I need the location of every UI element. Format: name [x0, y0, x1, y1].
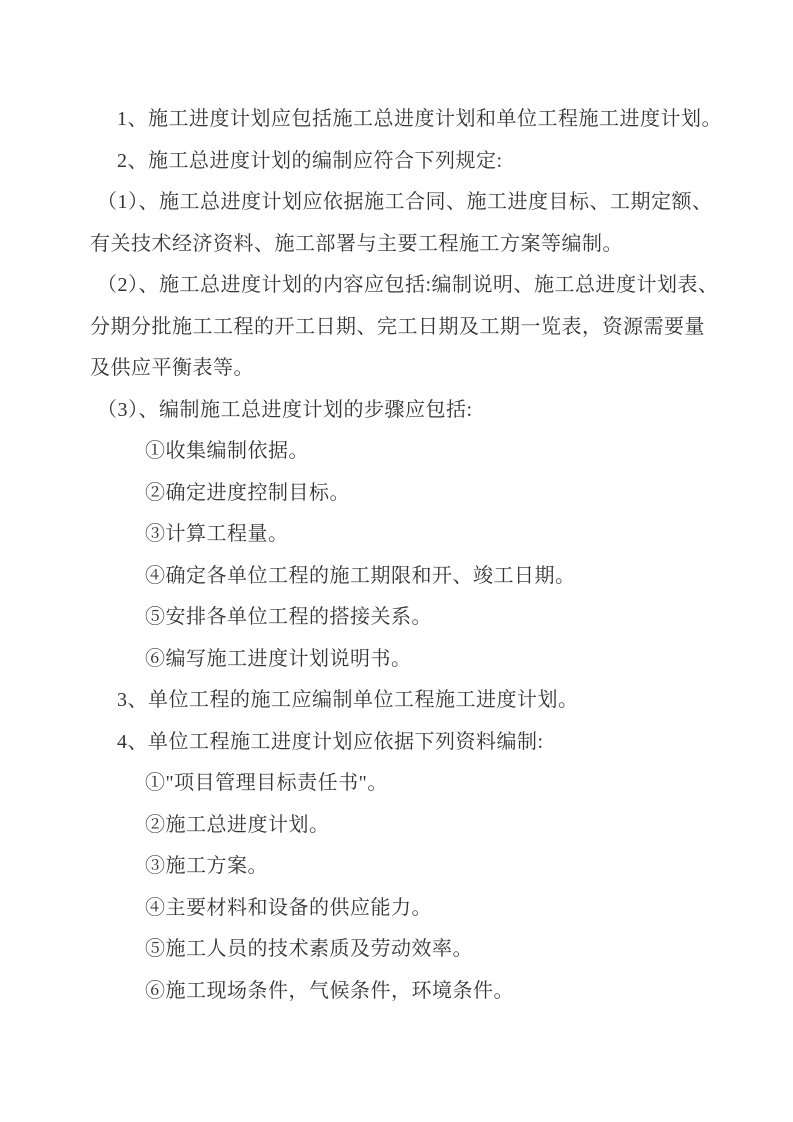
text-line: （3）、编制施工总进度计划的步骤应包括:: [90, 390, 715, 432]
text-line: ④确定各单位工程的施工期限和开、竣工日期。: [90, 556, 715, 598]
text-line: ④主要材料和设备的供应能力。: [90, 888, 715, 930]
text-line: （1）、施工总进度计划应依据施工合同、施工进度目标、工期定额、: [90, 182, 715, 224]
text-line: 1、施工进度计划应包括施工总进度计划和单位工程施工进度计划。: [90, 99, 715, 141]
text-line: ①收集编制依据。: [90, 431, 715, 473]
text-line: 有关技术经济资料、施工部署与主要工程施工方案等编制。: [90, 224, 715, 266]
document-page: 1、施工进度计划应包括施工总进度计划和单位工程施工进度计划。 2、施工总进度计划…: [0, 0, 793, 1122]
text-line: ⑥编写施工进度计划说明书。: [90, 639, 715, 681]
text-line: ③施工方案。: [90, 846, 715, 888]
text-line: ⑥施工现场条件，气候条件，环境条件。: [90, 971, 715, 1013]
text-line: 及供应平衡表等。: [90, 348, 715, 390]
text-line: 4、单位工程施工进度计划应依据下列资料编制:: [90, 722, 715, 764]
text-line: ②确定进度控制目标。: [90, 473, 715, 515]
text-line: ②施工总进度计划。: [90, 805, 715, 847]
text-line: ①"项目管理目标责任书"。: [90, 763, 715, 805]
text-line: 2、施工总进度计划的编制应符合下列规定:: [90, 141, 715, 183]
text-line: （2）、施工总进度计划的内容应包括:编制说明、施工总进度计划表、: [90, 265, 715, 307]
text-line: ⑤安排各单位工程的搭接关系。: [90, 597, 715, 639]
text-line: ③计算工程量。: [90, 514, 715, 556]
text-line: 分期分批施工工程的开工日期、完工日期及工期一览表，资源需要量: [90, 307, 715, 349]
text-line: 3、单位工程的施工应编制单位工程施工进度计划。: [90, 680, 715, 722]
text-line: ⑤施工人员的技术素质及劳动效率。: [90, 929, 715, 971]
